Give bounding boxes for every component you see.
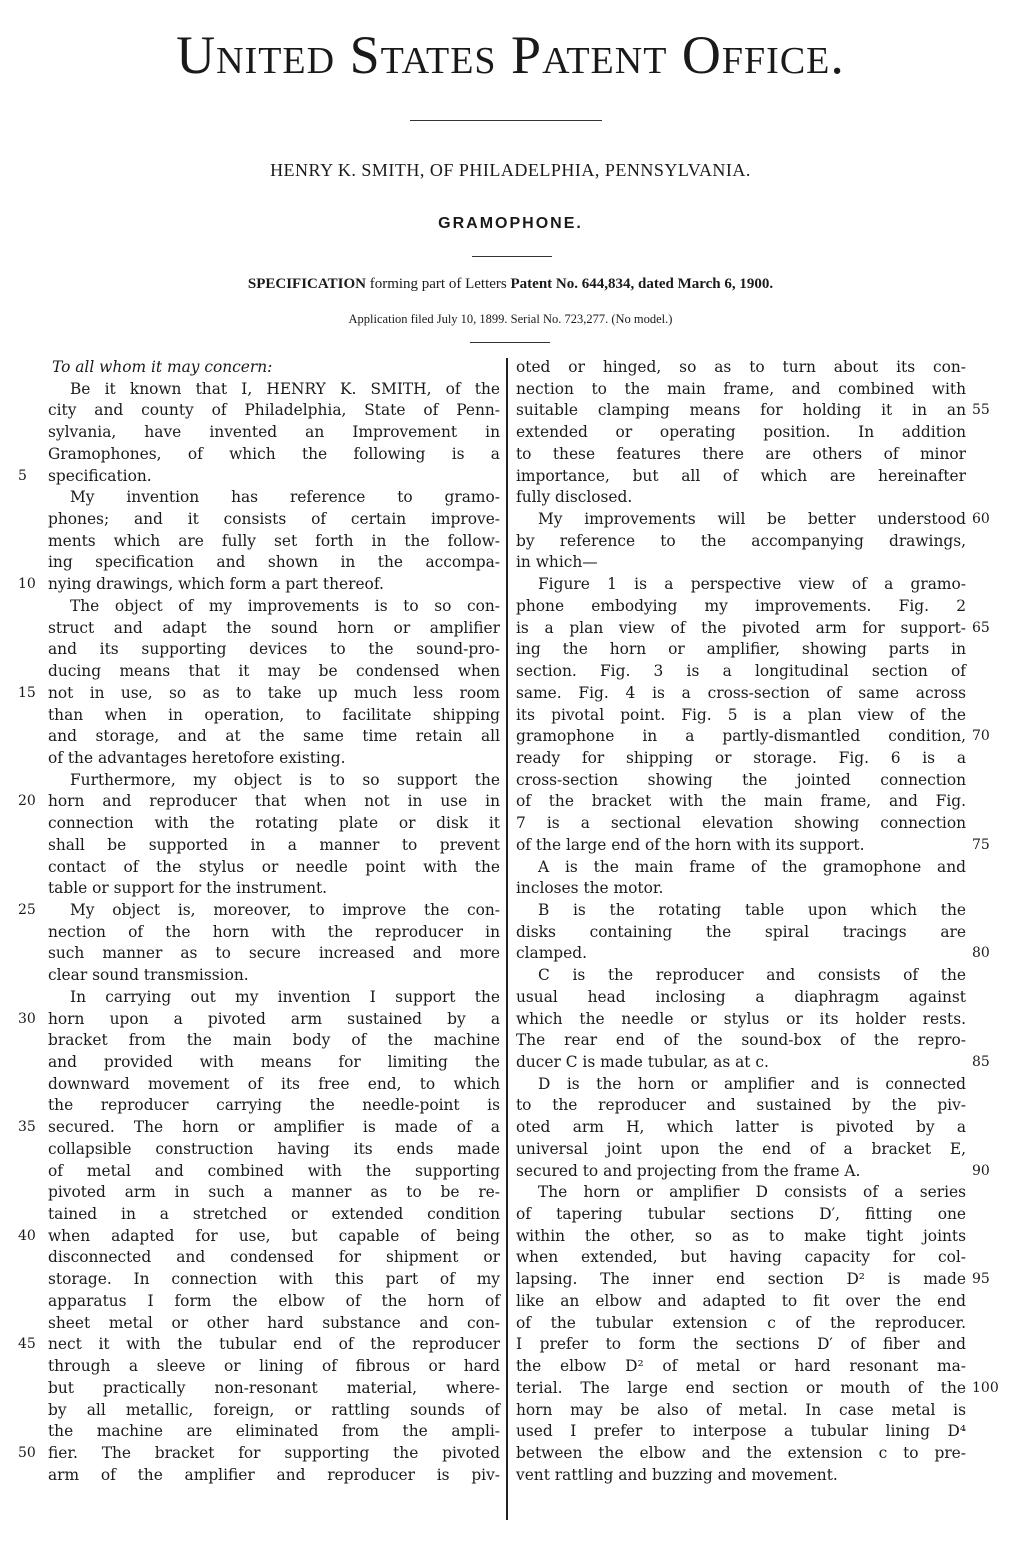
text-line: arm of the amplifier and reproducer is p… — [48, 1465, 500, 1487]
line-number: 60 — [972, 509, 990, 531]
text-line: horn may be also of metal. In case metal… — [516, 1400, 966, 1422]
line-number: 80 — [972, 943, 990, 965]
column-divider — [506, 358, 508, 1520]
heading-rule — [410, 120, 602, 121]
text-line: nect it with the tubular end of the repr… — [48, 1334, 500, 1356]
line-number: 70 — [972, 726, 990, 748]
text-line: contact of the stylus or needle point wi… — [48, 857, 500, 879]
text-line: My improvements will be better understoo… — [516, 509, 966, 531]
line-number: 45 — [18, 1334, 36, 1356]
text-line: through a sleeve or lining of fibrous or… — [48, 1356, 500, 1378]
text-line: not in use, so as to take up much less r… — [48, 683, 500, 705]
text-line: than when in operation, to facilitate sh… — [48, 705, 500, 727]
line-number: 20 — [18, 791, 36, 813]
text-line: of metal and combined with the supportin… — [48, 1161, 500, 1183]
text-line: vent rattling and buzzing and movement. — [516, 1465, 966, 1487]
line-number: 25 — [18, 900, 36, 922]
text-line: its pivotal point. Fig. 5 is a plan view… — [516, 705, 966, 727]
line-number: 5 — [18, 466, 27, 488]
text-line: nection of the horn with the reproducer … — [48, 922, 500, 944]
text-line: by reference to the accompanying drawing… — [516, 531, 966, 553]
text-line: the elbow D² of metal or hard resonant m… — [516, 1356, 966, 1378]
text-line: nection to the main frame, and combined … — [516, 379, 966, 401]
line-number: 65 — [972, 618, 990, 640]
text-line: city and county of Philadelphia, State o… — [48, 400, 500, 422]
text-line: tained in a stretched or extended condit… — [48, 1204, 500, 1226]
text-line: ing the horn or amplifier, showing parts… — [516, 639, 966, 661]
text-line: table or support for the instrument. — [48, 878, 500, 900]
text-line: ready for shipping or storage. Fig. 6 is… — [516, 748, 966, 770]
text-line: ducing means that it may be condensed wh… — [48, 661, 500, 683]
line-number: 15 — [18, 683, 36, 705]
text-line: Be it known that I, HENRY K. SMITH, of t… — [48, 379, 500, 401]
text-line: of the bracket with the main frame, and … — [516, 791, 966, 813]
text-line: and provided with means for limiting the — [48, 1052, 500, 1074]
text-line: to the reproducer and sustained by the p… — [516, 1095, 966, 1117]
line-number: 50 — [18, 1443, 36, 1465]
text-line: of tapering tubular sections D′, fitting… — [516, 1204, 966, 1226]
text-line: shall be supported in a manner to preven… — [48, 835, 500, 857]
text-line: gramophone in a partly-dismantled condit… — [516, 726, 966, 748]
text-line: disconnected and condensed for shipment … — [48, 1247, 500, 1269]
text-line: clear sound transmission. — [48, 965, 500, 987]
text-line: and its supporting devices to the sound-… — [48, 639, 500, 661]
patent-office-heading: United States Patent Office. — [0, 28, 1021, 82]
text-line: fully disclosed. — [516, 487, 966, 509]
text-line: 7 is a sectional elevation showing conne… — [516, 813, 966, 835]
text-line: phones; and it consists of certain impro… — [48, 509, 500, 531]
text-line: and storage, and at the same time retain… — [48, 726, 500, 748]
invention-title: GRAMOPHONE. — [0, 215, 1021, 233]
text-line: C is the reproducer and consists of the — [516, 965, 966, 987]
text-line: clamped. — [516, 943, 966, 965]
text-line: The horn or amplifier D consists of a se… — [516, 1182, 966, 1204]
text-line: fier. The bracket for supporting the piv… — [48, 1443, 500, 1465]
text-line: In carrying out my invention I support t… — [48, 987, 500, 1009]
text-line: downward movement of its free end, to wh… — [48, 1074, 500, 1096]
text-line: universal joint upon the end of a bracke… — [516, 1139, 966, 1161]
line-number: 10 — [18, 574, 36, 596]
text-line: extended or operating position. In addit… — [516, 422, 966, 444]
line-number: 95 — [972, 1269, 990, 1291]
text-line: pivoted arm in such a manner as to be re… — [48, 1182, 500, 1204]
specification-line: SPECIFICATION forming part of Letters Pa… — [0, 276, 1021, 293]
line-number: 40 — [18, 1226, 36, 1248]
text-line: collapsible construction having its ends… — [48, 1139, 500, 1161]
text-line: same. Fig. 4 is a cross-section of same … — [516, 683, 966, 705]
text-line: struct and adapt the sound horn or ampli… — [48, 618, 500, 640]
text-line: terial. The large end section or mouth o… — [516, 1378, 966, 1400]
text-line: oted arm H, which latter is pivoted by a — [516, 1117, 966, 1139]
text-line: phone embodying my improvements. Fig. 2 — [516, 596, 966, 618]
line-number: 75 — [972, 835, 990, 857]
text-line: of the advantages heretofore existing. — [48, 748, 500, 770]
text-line: of the large end of the horn with its su… — [516, 835, 966, 857]
specification-label: SPECIFICATION — [248, 276, 366, 292]
right-column: oted or hinged, so as to turn about its … — [516, 357, 966, 1486]
text-line: is a plan view of the pivoted arm for su… — [516, 618, 966, 640]
line-number: 90 — [972, 1161, 990, 1183]
text-line: section. Fig. 3 is a longitudinal sectio… — [516, 661, 966, 683]
text-line: Figure 1 is a perspective view of a gram… — [516, 574, 966, 596]
text-line: D is the horn or amplifier and is connec… — [516, 1074, 966, 1096]
text-line: Furthermore, my object is to so support … — [48, 770, 500, 792]
text-line: by all metallic, foreign, or rattling so… — [48, 1400, 500, 1422]
text-line: bracket from the main body of the machin… — [48, 1030, 500, 1052]
text-line: incloses the motor. — [516, 878, 966, 900]
text-line: when adapted for use, but capable of bei… — [48, 1226, 500, 1248]
text-line: A is the main frame of the gramophone an… — [516, 857, 966, 879]
text-line: apparatus I form the elbow of the horn o… — [48, 1291, 500, 1313]
left-column: To all whom it may concern: Be it known … — [48, 357, 500, 1486]
text-line: like an elbow and adapted to fit over th… — [516, 1291, 966, 1313]
text-line: ing specification and shown in the accom… — [48, 552, 500, 574]
text-line: importance, but all of which are hereina… — [516, 466, 966, 488]
text-line: the machine are eliminated from the ampl… — [48, 1421, 500, 1443]
text-line: oted or hinged, so as to turn about its … — [516, 357, 966, 379]
line-number: 55 — [972, 400, 990, 422]
text-line: My object is, moreover, to improve the c… — [48, 900, 500, 922]
text-line: The rear end of the sound-box of the rep… — [516, 1030, 966, 1052]
line-number: 30 — [18, 1009, 36, 1031]
text-line: the reproducer carrying the needle-point… — [48, 1095, 500, 1117]
text-line: secured to and projecting from the frame… — [516, 1161, 966, 1183]
text-line: lapsing. The inner end section D² is mad… — [516, 1269, 966, 1291]
application-rule — [470, 342, 550, 343]
text-line: suitable clamping means for holding it i… — [516, 400, 966, 422]
text-line: I prefer to form the sections D′ of fibe… — [516, 1334, 966, 1356]
text-line: such manner as to secure increased and m… — [48, 943, 500, 965]
text-line: when extended, but having capacity for c… — [516, 1247, 966, 1269]
text-line: specification. — [48, 466, 500, 488]
text-line: sylvania, have invented an Improvement i… — [48, 422, 500, 444]
text-line: used I prefer to interpose a tubular lin… — [516, 1421, 966, 1443]
text-line: which the needle or stylus or its holder… — [516, 1009, 966, 1031]
text-line: of the tubular extension c of the reprod… — [516, 1313, 966, 1335]
text-line: Gramophones, of which the following is a — [48, 444, 500, 466]
specification-middle: forming part of Letters — [366, 276, 511, 292]
text-line: horn and reproducer that when not in use… — [48, 791, 500, 813]
text-line: The object of my improvements is to so c… — [48, 596, 500, 618]
text-line: usual head inclosing a diaphragm against — [516, 987, 966, 1009]
title-rule — [472, 256, 552, 257]
text-line: disks containing the spiral tracings are — [516, 922, 966, 944]
text-line: within the other, so as to make tight jo… — [516, 1226, 966, 1248]
text-line: B is the rotating table upon which the — [516, 900, 966, 922]
text-line: to these features there are others of mi… — [516, 444, 966, 466]
text-line: cross-section showing the jointed connec… — [516, 770, 966, 792]
application-line: Application filed July 10, 1899. Serial … — [0, 312, 1021, 327]
salutation: To all whom it may concern: — [48, 357, 500, 379]
text-line: horn upon a pivoted arm sustained by a — [48, 1009, 500, 1031]
text-line: sheet metal or other hard substance and … — [48, 1313, 500, 1335]
text-line: ments which are fully set forth in the f… — [48, 531, 500, 553]
text-line: storage. In connection with this part of… — [48, 1269, 500, 1291]
line-number: 100 — [972, 1378, 999, 1400]
text-line: but practically non-resonant material, w… — [48, 1378, 500, 1400]
text-line: between the elbow and the extension c to… — [516, 1443, 966, 1465]
patent-number-date: Patent No. 644,834, dated March 6, 1900. — [511, 276, 774, 292]
text-line: secured. The horn or amplifier is made o… — [48, 1117, 500, 1139]
text-line: ducer C is made tubular, as at c. — [516, 1052, 966, 1074]
text-line: connection with the rotating plate or di… — [48, 813, 500, 835]
line-number: 85 — [972, 1052, 990, 1074]
text-line: in which— — [516, 552, 966, 574]
text-line: My invention has reference to gramo- — [48, 487, 500, 509]
inventor-line: HENRY K. SMITH, OF PHILADELPHIA, PENNSYL… — [0, 160, 1021, 181]
text-line: nying drawings, which form a part thereo… — [48, 574, 500, 596]
line-number: 35 — [18, 1117, 36, 1139]
